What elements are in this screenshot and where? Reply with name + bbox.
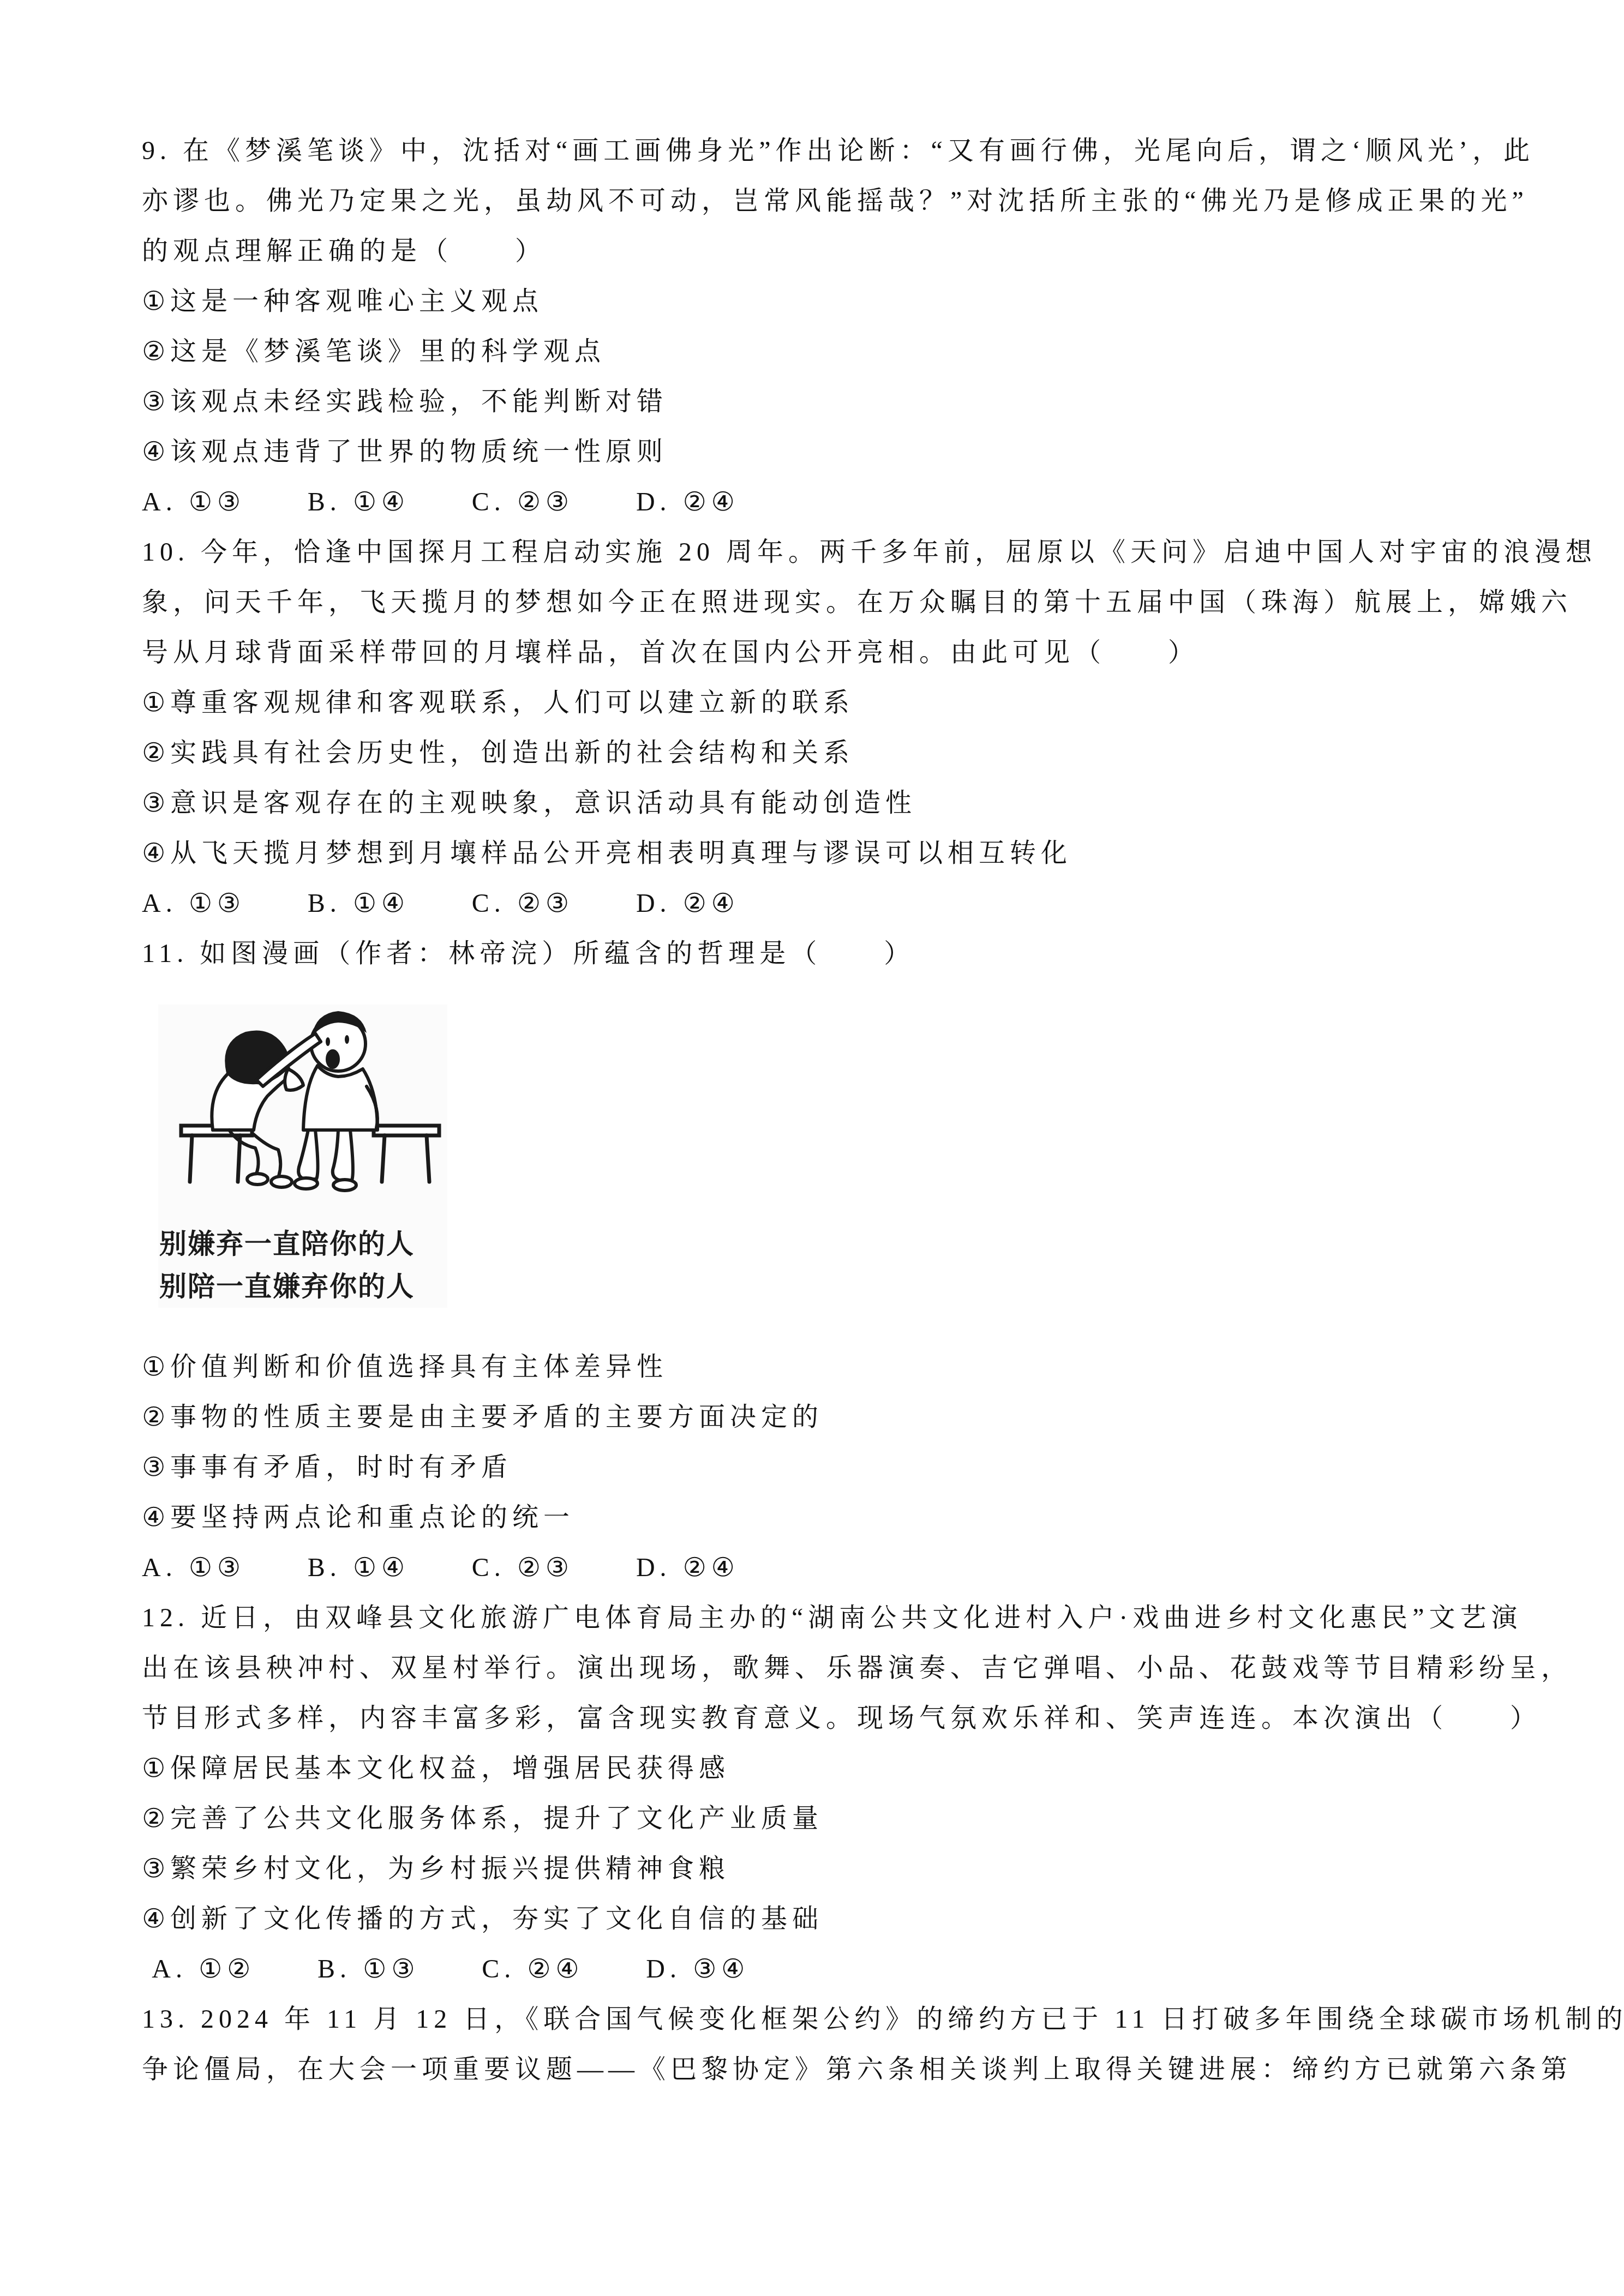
question-13-line: 争论僵局，在大会一项重要议题——《巴黎协定》第六条相关谈判上取得关键进展：缔约方… (142, 2054, 1538, 2085)
question-12-line: ①保障居民基本文化权益，增强居民获得感 (142, 1753, 1538, 1784)
question-9-line: ③该观点未经实践检验，不能判断对错 (142, 386, 1538, 418)
question-9-line: A. ①③ B. ①④ C. ②③ D. ②④ (142, 486, 1538, 518)
comic-illustration: 别嫌弃一直陪你的人别陪一直嫌弃你的人 (158, 1005, 447, 1308)
question-9-line: ④该观点违背了世界的物质统一性原则 (142, 436, 1538, 468)
question-12-line: 节目形式多样，内容丰富多彩，富含现实教育意义。现场气氛欢乐祥和、笑声连连。本次演… (142, 1703, 1538, 1734)
question-10-line: ②实践具有社会历史性，创造出新的社会结构和关系 (142, 737, 1538, 769)
question-9-line: 亦谬也。佛光乃定果之光，虽劫风不可动，岂常风能摇哉？”对沈括所主张的“佛光乃是修… (142, 185, 1538, 217)
question-12-line: ②完善了公共文化服务体系，提升了文化产业质量 (142, 1803, 1538, 1835)
question-12-line: ③繁荣乡村文化，为乡村振兴提供精神食粮 (142, 1853, 1538, 1885)
comic-caption: 别嫌弃一直陪你的人别陪一直嫌弃你的人 (158, 1223, 447, 1308)
question-13-line: 13. 2024 年 11 月 12 日，《联合国气候变化框架公约》的缔约方已于… (142, 2004, 1538, 2035)
question-9-line: ①这是一种客观唯心主义观点 (142, 286, 1538, 317)
question-10-line: ③意识是客观存在的主观映象，意识活动具有能动创造性 (142, 788, 1538, 819)
question-10-line: 10. 今年，恰逢中国探月工程启动实施 20 周年。两千多年前，屈原以《天问》启… (142, 537, 1538, 568)
question-11-line: ④要坚持两点论和重点论的统一 (142, 1502, 1538, 1534)
question-12-line: 12. 近日，由双峰县文化旅游广电体育局主办的“湖南公共文化进村入户·戏曲进乡村… (142, 1602, 1538, 1634)
exam-page: 9. 在《梦溪笔谈》中，沈括对“画工画佛身光”作出论断：“又有画行佛，光尾向后，… (0, 0, 1624, 2296)
question-11-line: 11. 如图漫画（作者：林帝浣）所蕴含的哲理是（ ） (142, 938, 1538, 970)
question-10-line: ④从飞天揽月梦想到月壤样品公开亮相表明真理与谬误可以相互转化 (142, 838, 1538, 869)
comic-drawing (158, 1005, 447, 1201)
question-10-line: 象，问天千年，飞天揽月的梦想如今正在照进现实。在万众瞩目的第十五届中国（珠海）航… (142, 587, 1538, 618)
question-11-line: ②事物的性质主要是由主要矛盾的主要方面决定的 (142, 1402, 1538, 1433)
question-11-line: A. ①③ B. ①④ C. ②③ D. ②④ (142, 1552, 1538, 1584)
question-12-line: A. ①② B. ①③ C. ②④ D. ③④ (142, 1954, 1538, 1985)
comic-caption-line: 别陪一直嫌弃你的人 (159, 1265, 447, 1308)
question-10-line: ①尊重客观规律和客观联系，人们可以建立新的联系 (142, 687, 1538, 719)
question-11-line: ①价值判断和价值选择具有主体差异性 (142, 1351, 1538, 1383)
question-9-line: ②这是《梦溪笔谈》里的科学观点 (142, 336, 1538, 368)
question-12-line: ④创新了文化传播的方式，夯实了文化自信的基础 (142, 1903, 1538, 1935)
question-11-line: ③事事有矛盾，时时有矛盾 (142, 1452, 1538, 1483)
comic-caption-line: 别嫌弃一直陪你的人 (159, 1223, 447, 1265)
question-9-line: 9. 在《梦溪笔谈》中，沈括对“画工画佛身光”作出论断：“又有画行佛，光尾向后，… (142, 135, 1538, 167)
question-10-line: A. ①③ B. ①④ C. ②③ D. ②④ (142, 888, 1538, 919)
question-10-line: 号从月球背面采样带回的月壤样品，首次在国内公开亮相。由此可见（ ） (142, 637, 1538, 669)
question-12-line: 出在该县秧冲村、双星村举行。演出现场，歌舞、乐器演奏、吉它弹唱、小品、花鼓戏等节… (142, 1652, 1538, 1684)
question-9-line: 的观点理解正确的是（ ） (142, 236, 1538, 267)
